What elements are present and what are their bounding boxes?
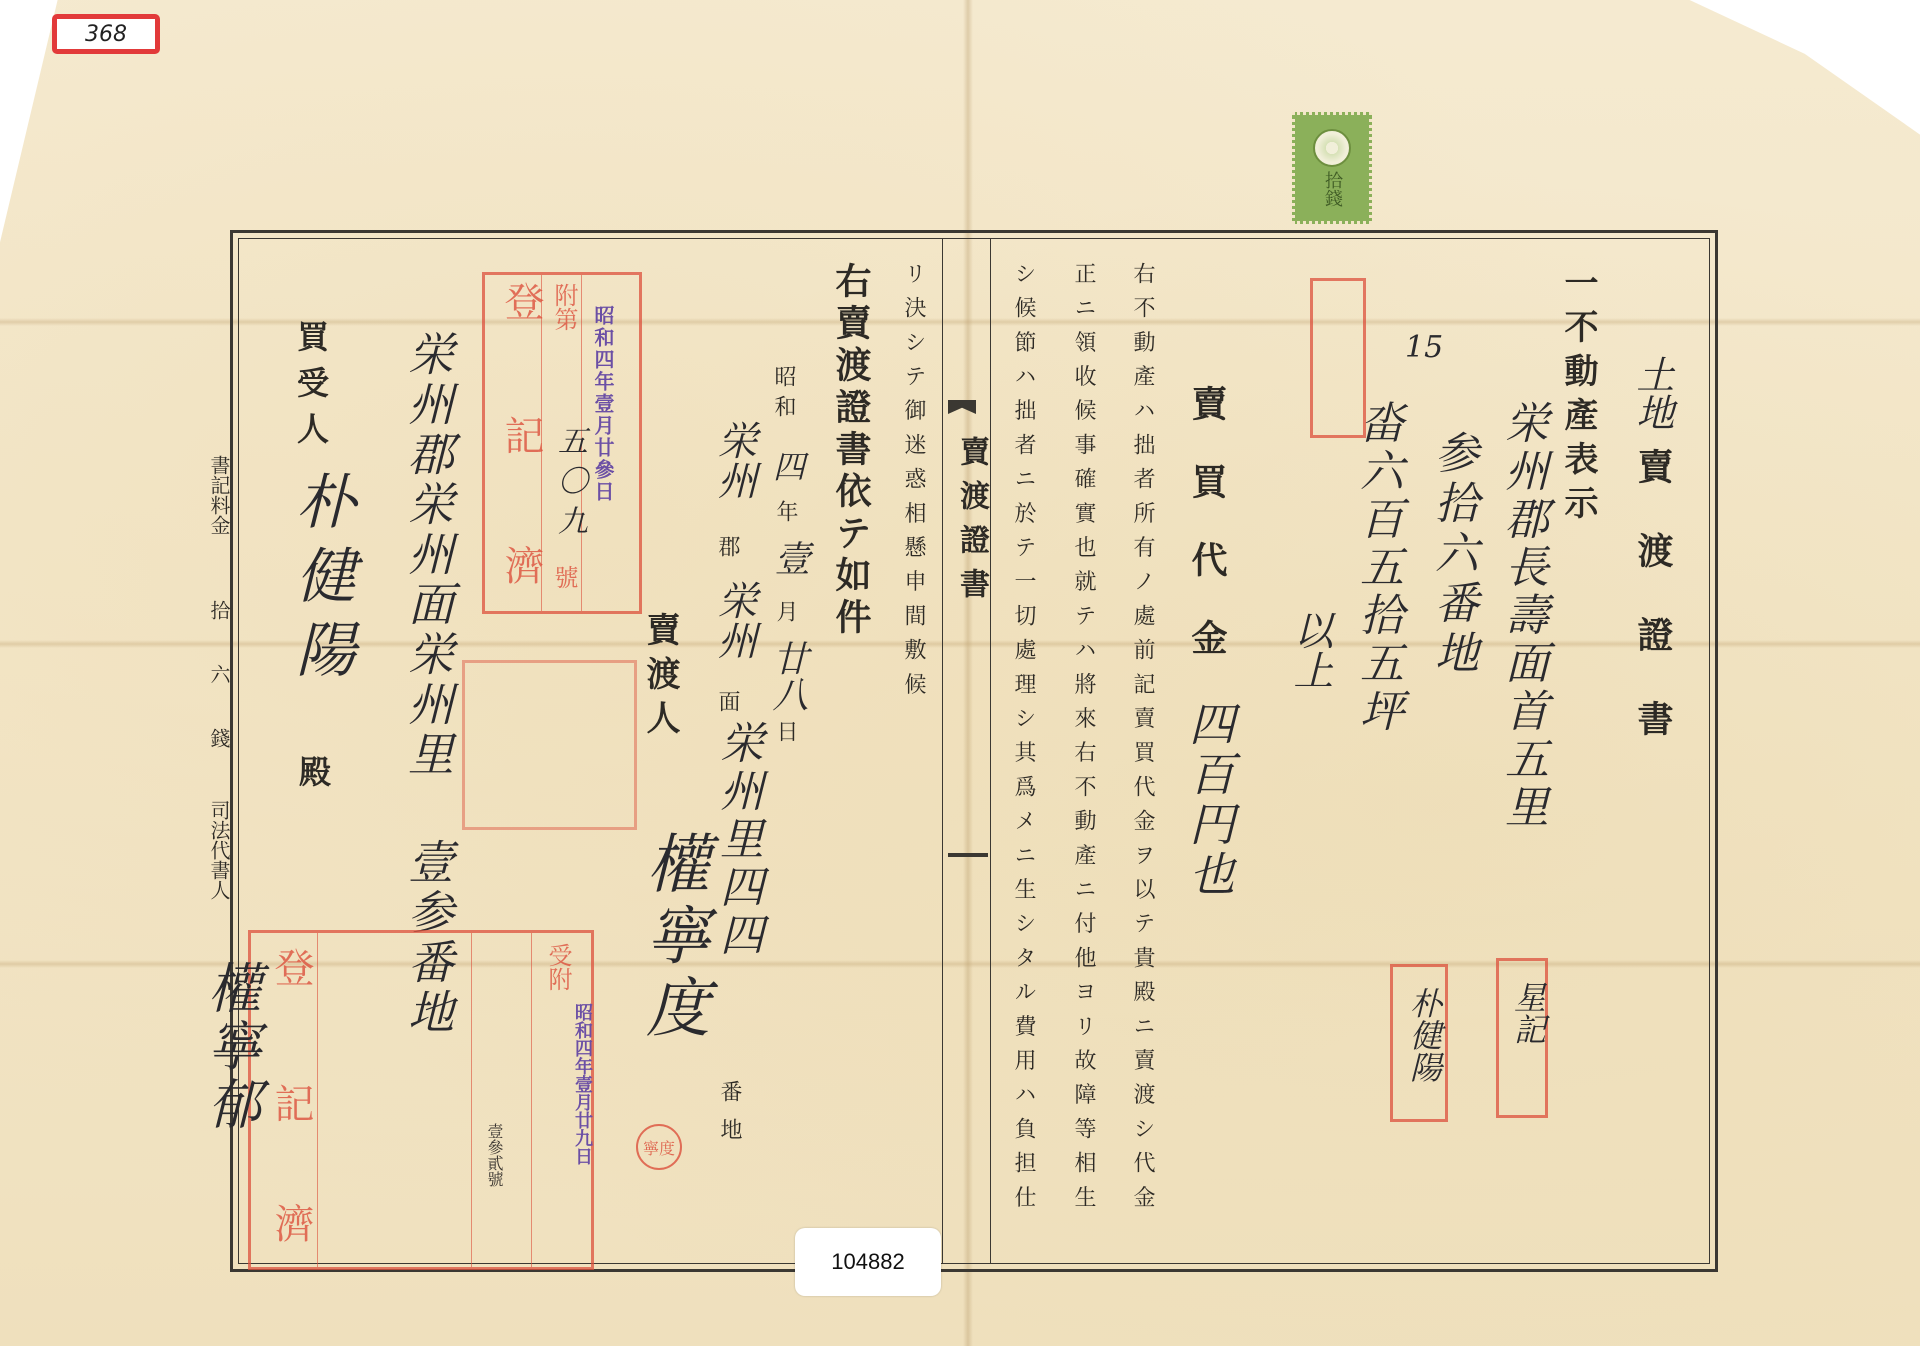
date-year-unit: 年 xyxy=(770,500,801,522)
date-year-hand: 四 xyxy=(764,450,810,482)
registry-top-receipt-label: 附第 xyxy=(547,283,582,331)
registry-bottom-char-1: 登 xyxy=(263,947,320,987)
seller-township-label: 面 xyxy=(712,690,743,712)
property-address-line-3: 畓六百五拾五坪 xyxy=(1345,400,1409,736)
date-month-unit: 月 xyxy=(770,600,801,622)
registry-bottom-header: 受附 xyxy=(541,943,576,991)
registry-top-date: 昭和四年壹月廿參日 xyxy=(589,305,618,503)
approval-seal-right: 星記 xyxy=(1496,958,1548,1118)
date-month-hand: 壹 xyxy=(764,540,815,576)
seller-county-label: 郡 xyxy=(712,535,743,557)
buyer-label: 買受人 xyxy=(288,320,334,458)
chrysanthemum-icon xyxy=(1313,129,1351,167)
registry-bottom-date: 昭和四年壹月廿九日 xyxy=(569,1003,595,1165)
price-label: 賣買代金 xyxy=(1182,385,1233,697)
archive-id-label: 104882 xyxy=(795,1228,941,1296)
registry-top-number-suffix: 號 xyxy=(547,565,582,589)
property-address-line-2: 参拾六番地 xyxy=(1420,430,1484,680)
seller-name-handwritten: 權寧度 xyxy=(626,830,718,1046)
registry-top-char-2: 記 xyxy=(493,415,550,455)
center-divider-left xyxy=(942,238,943,1264)
archive-id-text: 104882 xyxy=(831,1249,904,1275)
seller-county-hand: 栄州 xyxy=(706,420,763,500)
handwritten-title-prefix: 土地 xyxy=(1625,355,1680,431)
seller-township-hand: 栄州 xyxy=(706,580,763,660)
document-title: 賣渡證書 xyxy=(1628,448,1679,784)
property-note-number: 15 xyxy=(1405,330,1443,365)
center-divider-right xyxy=(990,238,991,1264)
approval-seal-right-hand: 星記 xyxy=(1505,981,1551,1045)
fee-label: 書記料金 xyxy=(205,455,234,535)
center-title-bar xyxy=(948,853,988,857)
registry-stamp-top: 登 記 濟 附第 號 五〇九 昭和四年壹月廿參日 xyxy=(482,272,642,614)
fee-amount: 拾六錢 xyxy=(205,600,234,792)
seller-seal-text: 寧度 xyxy=(643,1136,675,1159)
date-era: 昭和 xyxy=(768,365,799,425)
registry-top-char-1: 登 xyxy=(493,281,550,321)
scrivener-signature: 權寧郁 xyxy=(192,960,269,1134)
seller-personal-seal: 寧度 xyxy=(636,1124,682,1170)
price-amount-handwritten: 四百円也 xyxy=(1176,700,1242,900)
approval-seal-buyer: 朴健陽 xyxy=(1390,964,1448,1122)
date-day-hand: 廿八 xyxy=(762,640,813,712)
scrivener-label: 司法代書人 xyxy=(205,800,234,900)
corner-number-text: 368 xyxy=(85,22,127,47)
seller-label: 賣渡人 xyxy=(636,612,685,744)
approval-seal-top xyxy=(1310,278,1366,438)
closing-statement: 右賣渡證書依テ如件 xyxy=(826,262,877,640)
registry-bottom-char-2: 記 xyxy=(263,1083,320,1123)
registry-bottom-char-3: 濟 xyxy=(263,1203,320,1243)
body-text-line-3: シ候節ハ拙者ニ於テ一切處理シ其爲メニ生シタル費用ハ負担仕 xyxy=(1008,262,1039,1220)
revenue-stamp: 拾錢 xyxy=(1292,112,1372,224)
date-day-unit: 日 xyxy=(770,720,801,742)
property-address-line-4: 以上 xyxy=(1282,610,1339,690)
seller-lot-label: 番地 xyxy=(714,1080,745,1156)
property-section-heading: 一不動產表示 xyxy=(1554,265,1603,529)
body-text-line-1: 右不動產ハ拙者所有ノ處前記賣買代金ヲ以テ貴殿ニ賣渡シ代金 xyxy=(1127,262,1158,1220)
property-address-line-1: 栄州郡長壽面首五里 xyxy=(1490,400,1554,832)
corner-number-label: 368 xyxy=(52,14,160,54)
approval-seal-buyer-hand: 朴健陽 xyxy=(1401,987,1447,1083)
faded-square-seal xyxy=(462,660,637,830)
registry-stamp-bottom: 登 記 濟 受附 昭和四年壹月廿九日 壹參貳號 xyxy=(248,930,594,1270)
buyer-honorific: 殿 xyxy=(290,755,336,787)
revenue-stamp-value: 拾錢 xyxy=(1319,171,1345,207)
registry-top-char-3: 濟 xyxy=(493,545,550,585)
buyer-name-handwritten: 朴健陽 xyxy=(278,470,364,692)
registry-bottom-number: 壹參貳號 xyxy=(483,1123,506,1187)
body-text-line-4: リ決シテ御迷惑相懸申間敷候 xyxy=(898,262,929,707)
registry-top-number-hand: 五〇九 xyxy=(547,425,591,545)
body-text-line-2: 正ニ領收候事確實也就テハ將來右不動產ニ付他ヨリ故障等相生 xyxy=(1068,262,1099,1220)
center-spine-title: 賣渡證書 xyxy=(949,436,993,612)
